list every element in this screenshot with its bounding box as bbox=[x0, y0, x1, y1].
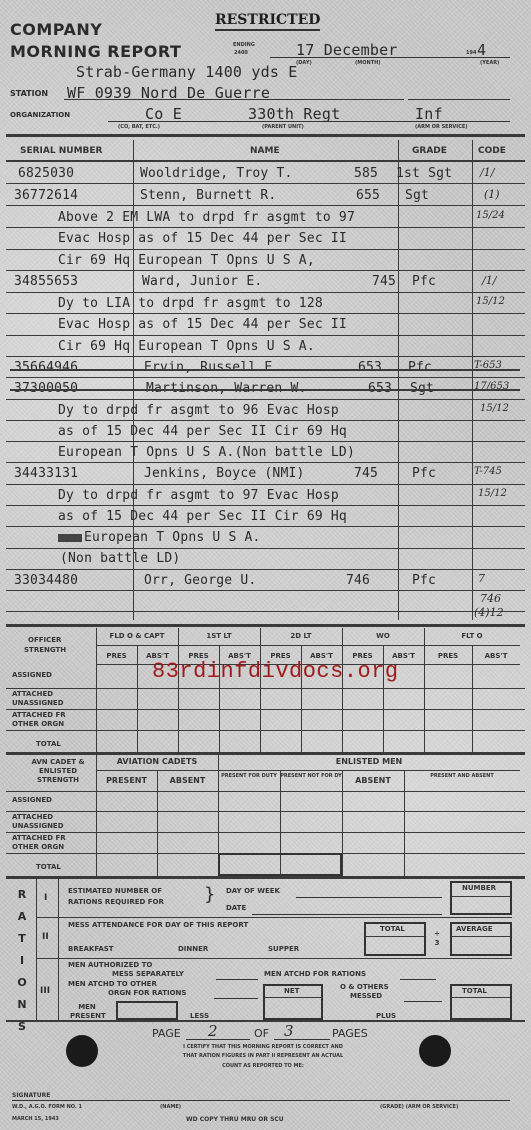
specialty-number: 746 bbox=[346, 573, 370, 588]
mess-separately-field[interactable] bbox=[216, 979, 258, 980]
signature-label: SIGNATURE bbox=[12, 1092, 50, 1099]
estimated-rations-label-1: ESTIMATED NUMBER OF bbox=[68, 887, 162, 896]
grade: Pfc bbox=[412, 274, 436, 289]
messed-label: MESSED bbox=[350, 992, 382, 1001]
subcol-abst: ABS'T bbox=[472, 652, 520, 660]
part-iii-numeral: III bbox=[40, 986, 50, 996]
org-arm: Inf bbox=[415, 105, 443, 123]
row-attached-fr-other-orgn: ATTACHED FR OTHER ORGN bbox=[12, 834, 88, 852]
code: /1/ bbox=[480, 166, 494, 179]
report-date: 17 December bbox=[296, 41, 398, 59]
group-1st-lt: 1ST LT bbox=[178, 632, 260, 640]
serial-number: 35664946 bbox=[14, 360, 78, 375]
specialty-number: 653 bbox=[358, 360, 382, 375]
remark: Evac Hosp as of 15 Dec 44 per Sec II bbox=[58, 231, 347, 246]
ending-label: ENDING bbox=[233, 42, 255, 48]
watermark-text: 83rdinfdivdocs.org bbox=[152, 659, 399, 684]
org-parent-unit: 330th Regt bbox=[248, 105, 340, 123]
specialty-number: 585 bbox=[354, 166, 378, 181]
officer-strength-title-1: OFFICER bbox=[28, 636, 61, 645]
total-label: TOTAL bbox=[462, 987, 487, 996]
serial-number: 6825030 bbox=[18, 166, 74, 181]
code: 15/12 bbox=[478, 488, 507, 499]
subcol-pres: PRES bbox=[96, 652, 137, 660]
col-present-and-absent: PRESENT AND ABSENT bbox=[404, 773, 520, 779]
page-number: 2 bbox=[208, 1022, 218, 1040]
men-authorized-label: MEN AUTHORIZED TO bbox=[68, 961, 152, 970]
col-code: CODE bbox=[478, 146, 506, 156]
soldier-name: Jenkins, Boyce (NMI) bbox=[144, 466, 305, 481]
serial-number: 36772614 bbox=[14, 188, 78, 203]
margin-note: (4)12 bbox=[474, 606, 504, 619]
page-label: PAGE bbox=[152, 1027, 181, 1040]
remark: (Non battle LD) bbox=[60, 551, 180, 566]
soldier-name: Ward, Junior E. bbox=[142, 274, 262, 289]
signature-line[interactable] bbox=[12, 1100, 510, 1101]
day-caption: (DAY) bbox=[296, 60, 312, 66]
specialty-number: 655 bbox=[356, 188, 380, 203]
breakfast-label: BREAKFAST bbox=[68, 945, 114, 954]
strike-through-line bbox=[10, 389, 520, 391]
org-company: Co E bbox=[145, 105, 182, 123]
row-attached-unassigned: ATTACHED UNASSIGNED bbox=[12, 690, 82, 708]
serial-number: 34433131 bbox=[14, 466, 78, 481]
remark: Dy to drpd fr asgmt to 97 Evac Hosp bbox=[58, 488, 339, 503]
group-wo: WO bbox=[342, 632, 424, 640]
brace-icon: } bbox=[204, 884, 215, 905]
code: 15/12 bbox=[476, 296, 505, 307]
row-total: TOTAL bbox=[36, 863, 61, 872]
row-assigned: ASSIGNED bbox=[12, 671, 52, 680]
remark: as of 15 Dec 44 per Sec II Cir 69 Hq bbox=[58, 509, 347, 524]
estimated-rations-label-2: RATIONS REQUIRED FOR bbox=[68, 898, 164, 907]
grade-caption: (GRADE) (ARM OR SERVICE) bbox=[380, 1104, 458, 1110]
col-cadet-present: PRESENT bbox=[96, 776, 157, 785]
strike-through-line bbox=[10, 369, 520, 371]
subcol-pres: PRES bbox=[424, 652, 472, 660]
supper-label: SUPPER bbox=[268, 945, 299, 954]
remark: Evac Hosp as of 15 Dec 44 per Sec II bbox=[58, 317, 347, 332]
group-flt-o: FLT O bbox=[424, 632, 520, 640]
remark: European T Opns U S A.(Non battle LD) bbox=[58, 445, 355, 460]
grade: 1st Sgt bbox=[396, 166, 452, 181]
code: T-745 bbox=[474, 466, 502, 477]
code: /1/ bbox=[482, 274, 496, 287]
grade: Pfc bbox=[412, 466, 436, 481]
org-company-caption: (CO, BAT, ETC.) bbox=[118, 124, 160, 130]
col-name: NAME bbox=[250, 146, 280, 156]
enlisted-strength-title: AVN CADET & ENLISTED STRENGTH bbox=[22, 758, 94, 785]
morning-report-form: COMPANY MORNING REPORT RESTRICTED ENDING… bbox=[0, 0, 531, 1130]
remark: Cir 69 Hq European T Opns U S A. bbox=[58, 339, 315, 354]
soldier-name: Wooldridge, Troy T. bbox=[140, 166, 293, 181]
col-absent: ABSENT bbox=[342, 776, 404, 785]
certification-line-2: THAT RATION FIGURES IN PART II REPRESENT… bbox=[136, 1053, 390, 1059]
remark: Above 2 EM LWA to drpd fr asgmt to 97 bbox=[58, 210, 355, 225]
grade: Sgt bbox=[405, 188, 429, 203]
dinner-label: DINNER bbox=[178, 945, 208, 954]
col-present-for-duty: PRESENT FOR DUTY bbox=[218, 773, 280, 779]
location-line: Strab-Germany 1400 yds E bbox=[76, 63, 298, 81]
specialty-number: 745 bbox=[372, 274, 396, 289]
orgn-for-rations-field[interactable] bbox=[214, 998, 258, 999]
total-duty-box bbox=[218, 853, 342, 876]
col-cadet-absent: ABSENT bbox=[157, 776, 218, 785]
station-label: STATION bbox=[10, 89, 48, 98]
total-label: TOTAL bbox=[380, 925, 405, 934]
year-digit: 4 bbox=[477, 41, 486, 59]
code: 15/24 bbox=[476, 210, 505, 221]
form-title-line1: COMPANY bbox=[10, 20, 102, 39]
of-label: OF bbox=[254, 1027, 269, 1040]
men-atchd-to-other-label: MEN ATCHD TO OTHER bbox=[68, 980, 157, 989]
code: (1) bbox=[484, 188, 500, 201]
row-attached-fr-other-orgn: ATTACHED FR OTHER ORGN bbox=[12, 711, 82, 729]
routing-instructions: WD COPY THRU MRU OR SCU bbox=[186, 1116, 284, 1123]
day-of-week-label: DAY OF WEEK bbox=[226, 887, 280, 896]
remark: Cir 69 Hq European T Opns U S A, bbox=[58, 253, 315, 268]
grade: Pfc bbox=[408, 360, 432, 375]
men-atchd-for-rations-label: MEN ATCHD FOR RATIONS bbox=[264, 970, 366, 979]
remark: as of 15 Dec 44 per Sec II Cir 69 Hq bbox=[58, 424, 347, 439]
form-date: MARCH 15, 1943 bbox=[12, 1116, 59, 1122]
orgn-for-rations-label: ORGN FOR RATIONS bbox=[108, 989, 186, 998]
group-enlisted-men: ENLISTED MEN bbox=[218, 757, 520, 766]
page-total: 3 bbox=[284, 1022, 294, 1040]
o-and-others-label: O & OTHERS bbox=[340, 983, 389, 992]
net-label: NET bbox=[284, 987, 299, 996]
row-assigned: ASSIGNED bbox=[12, 796, 52, 805]
organization-label: ORGANIZATION bbox=[10, 111, 70, 119]
remark: European T Opns U S A. bbox=[84, 530, 261, 545]
code: 746 bbox=[480, 592, 501, 605]
grade: Pfc bbox=[412, 573, 436, 588]
divide-by-three: ÷ 3 bbox=[432, 930, 442, 948]
specialty-number: 745 bbox=[354, 466, 378, 481]
part-i-numeral: I bbox=[44, 893, 47, 903]
certification-line-1: I CERTIFY THAT THIS MORNING REPORT IS CO… bbox=[140, 1044, 386, 1050]
col-present-not-for-duty: PRESENT NOT FOR DY bbox=[280, 773, 342, 779]
officer-strength-title-2: STRENGTH bbox=[24, 646, 66, 655]
part-ii-numeral: II bbox=[42, 932, 49, 942]
soldier-name: Orr, George U. bbox=[144, 573, 256, 588]
soldier-name: Ervin, Russell E. bbox=[144, 360, 280, 375]
group-2d-lt: 2D LT bbox=[260, 632, 342, 640]
certification-line-3: COUNT AS REPORTED TO ME: bbox=[140, 1063, 386, 1069]
code: 15/12 bbox=[480, 403, 509, 414]
typed-over-blot bbox=[58, 534, 82, 542]
binder-hole-right bbox=[419, 1035, 451, 1067]
year-prefix: 194 bbox=[466, 50, 476, 56]
number-label: NUMBER bbox=[462, 884, 496, 893]
men-present-box[interactable] bbox=[116, 1001, 178, 1020]
form-title-line2: MORNING REPORT bbox=[10, 42, 181, 61]
code: 7 bbox=[478, 572, 485, 585]
year-caption: (YEAR) bbox=[480, 60, 499, 66]
average-label: AVERAGE bbox=[456, 925, 492, 934]
remark: Dy to drpd fr asgmt to 96 Evac Hosp bbox=[58, 403, 339, 418]
rations-side-label: R A T I O N S bbox=[16, 884, 28, 1038]
men-atchd-for-rations-field[interactable] bbox=[400, 979, 436, 980]
station-value: WF 0939 Nord De Guerre bbox=[67, 84, 270, 102]
org-parent-caption: (PARENT UNIT) bbox=[262, 124, 304, 130]
binder-hole-left bbox=[66, 1035, 98, 1067]
men-present-label: MEN PRESENT bbox=[70, 1003, 104, 1021]
date-field[interactable] bbox=[252, 914, 442, 915]
row-total: TOTAL bbox=[36, 740, 61, 749]
col-grade: GRADE bbox=[412, 146, 447, 156]
group-fld-o-capt: FLD O & CAPT bbox=[96, 632, 178, 640]
date-label: DATE bbox=[226, 904, 246, 913]
pages-label: PAGES bbox=[332, 1027, 368, 1040]
remark: Dy to LIA to drpd fr asgmt to 128 bbox=[58, 296, 323, 311]
col-serial-number: SERIAL NUMBER bbox=[20, 146, 102, 156]
org-arm-caption: (ARM OR SERVICE) bbox=[415, 124, 468, 130]
soldier-name: Stenn, Burnett R. bbox=[140, 188, 276, 203]
serial-number: 34855653 bbox=[14, 274, 78, 289]
name-caption: (NAME) bbox=[160, 1104, 181, 1110]
row-attached-unassigned: ATTACHED UNASSIGNED bbox=[12, 813, 82, 831]
day-of-week-field[interactable] bbox=[296, 897, 442, 898]
group-aviation-cadets: AVIATION CADETS bbox=[96, 757, 218, 766]
ending-time: 2400 bbox=[234, 50, 248, 56]
form-number: W.D., A.G.O. FORM NO. 1 bbox=[12, 1104, 82, 1110]
messed-field[interactable] bbox=[404, 1001, 442, 1002]
mess-separately-label: MESS SEPARATELY bbox=[112, 970, 184, 979]
classification-stamp: RESTRICTED bbox=[215, 12, 320, 31]
mess-attendance-label: MESS ATTENDANCE FOR DAY OF THIS REPORT bbox=[68, 921, 248, 930]
month-caption: (MONTH) bbox=[355, 60, 381, 66]
serial-number: 33034480 bbox=[14, 573, 78, 588]
